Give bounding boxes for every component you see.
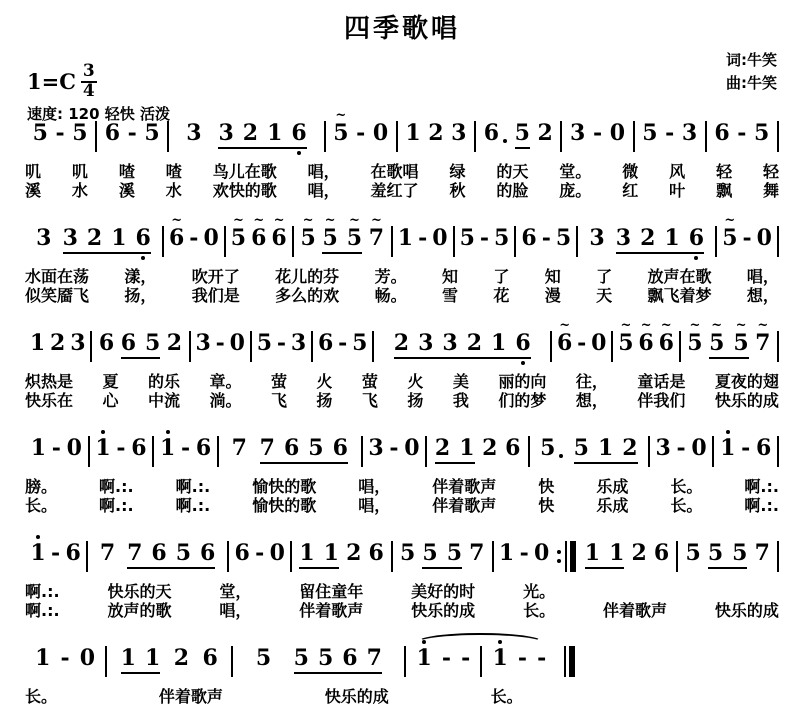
lyric-syllable: 风 — [669, 162, 685, 181]
note: 1 — [145, 646, 160, 671]
note: 2 — [640, 226, 655, 251]
note: 5~ — [333, 121, 348, 146]
rest-note: 0 — [591, 331, 606, 356]
staff-line: 332166~-05~6~6~5~5~5~7~1-05-56-5332165~-… — [25, 226, 779, 305]
lyric-column: 长。 — [25, 687, 57, 706]
note: 3 — [186, 121, 201, 146]
note: 2 — [346, 541, 361, 566]
note: 5~ — [231, 226, 246, 251]
note: 6~ — [169, 226, 184, 251]
note: 6~ — [251, 226, 266, 251]
eighth-note-beam: 3216 — [616, 226, 704, 254]
lyric-syllable: 快乐的成 — [715, 601, 779, 620]
eighth-note-beam: 3216 — [218, 121, 306, 149]
note: 2 — [428, 121, 443, 146]
lyric-syllable: 堂， — [219, 582, 251, 601]
lyric-column: 往，想， — [576, 372, 608, 410]
note: 5~ — [618, 331, 633, 356]
lyric-syllable: 膀。 — [25, 477, 57, 496]
measure: 1-0 — [25, 646, 105, 671]
note: 1 — [598, 436, 613, 461]
lyric-syllable: 啊.:. — [25, 601, 60, 620]
staff-line: 1-01126555671--1--长。伴着歌声快乐的成长。 — [25, 646, 779, 706]
note: 6 — [235, 541, 250, 566]
note: 5 — [145, 331, 160, 356]
lyric-syllable: 的脸 — [496, 181, 528, 200]
rest-note: 0 — [691, 436, 706, 461]
lyric-column: 放声在歌飘飞着梦 — [648, 267, 712, 305]
measure: 5-3 — [635, 121, 705, 146]
lyric-syllable: 水面在荡 — [25, 267, 89, 286]
note: 2 — [622, 436, 637, 461]
staff-line: 1-6776566-0112655571-011265557啊.:.啊.:.快乐… — [25, 541, 779, 620]
duration-dash: - — [418, 226, 427, 251]
lyric-column: 童话是伴我们 — [637, 372, 685, 410]
lyrics-row: 水面在荡似笑靥飞漾，扬，吹开了我们是花儿的芬多么的欢芳。畅。知雪了花知漫了天放声… — [25, 267, 779, 305]
note: 5 — [460, 226, 475, 251]
measure: 3-0 — [191, 331, 250, 356]
staff-line: 1-01-61-6776563-0212655123-01-6膀。长。啊.:.啊… — [25, 436, 779, 515]
measure: 5557 — [678, 541, 777, 569]
eighth-note-beam: 3216 — [63, 226, 151, 254]
lyric-syllable: 轻 — [763, 162, 779, 181]
rest-note: 0 — [80, 646, 95, 671]
hook-mark-icon: ~ — [349, 215, 360, 226]
lyric-syllable: 长。 — [25, 496, 57, 515]
lyric-syllable: 唱， — [358, 496, 390, 515]
hook-mark-icon: ~ — [641, 320, 652, 331]
lyric-syllable: 放声在歌 — [648, 267, 712, 286]
measure: 5~-0 — [326, 121, 396, 146]
lyric-column: 唱，想， — [747, 267, 779, 305]
repeat-dot — [557, 550, 561, 554]
note: 5~ — [687, 331, 702, 356]
note: 5 — [318, 646, 333, 671]
note: 2 — [394, 331, 409, 356]
measure: 5~-0 — [717, 226, 777, 251]
note: 5 — [256, 646, 271, 671]
notes-row: 5-56-5332165~-01236523-05-36-5 — [25, 121, 779, 157]
lyric-syllable: 伴着歌声 — [299, 601, 363, 620]
composer-credit: 曲:牛笑 — [726, 72, 777, 95]
lyric-column: 啊.:.啊.:. — [744, 477, 779, 515]
measure: 2126 — [427, 436, 528, 464]
note: 5~ — [322, 226, 337, 251]
eighth-note-beam: 11 — [121, 646, 161, 674]
lyric-column: 水面在荡似笑靥飞 — [25, 267, 89, 305]
lyric-column: 花儿的芬多么的欢 — [275, 267, 339, 305]
lyric-syllable: 扬 — [407, 391, 423, 410]
lyric-syllable: 伴着歌声 — [159, 687, 223, 706]
note: 5~ — [733, 331, 748, 356]
lyric-column: 火扬 — [316, 372, 332, 410]
lyric-column: 光。长。 — [523, 582, 555, 620]
lyric-syllable: 鸟儿在歌 — [213, 162, 277, 181]
duration-dash: - — [480, 226, 489, 251]
lyric-column: 快乐的成 — [325, 687, 389, 706]
header-meta: 1=C 3 4 词:牛笑 曲:牛笑 速度: 120 轻快 活泼 — [25, 47, 779, 121]
note: 2 — [87, 226, 102, 251]
eighth-note-beam: 65 — [121, 331, 161, 359]
measure: 1-6 — [714, 436, 777, 461]
note: 2 — [538, 121, 553, 146]
octave-dot-below-icon — [521, 361, 525, 365]
rest-note: 0 — [432, 226, 447, 251]
note: 6 — [131, 436, 146, 461]
note: 2 — [243, 121, 258, 146]
lyric-syllable: 雪 — [442, 286, 458, 305]
note: 1 — [30, 331, 45, 356]
lyric-syllable: 往， — [576, 372, 608, 391]
duration-dash: - — [677, 436, 686, 461]
lyric-syllable: 快乐的天 — [107, 582, 171, 601]
hook-mark-icon: ~ — [757, 320, 768, 331]
lyric-syllable: 微 — [622, 162, 638, 181]
lyric-syllable: 堂。 — [559, 162, 591, 181]
note: 7 — [367, 646, 382, 671]
lyric-column: 快乐的天放声的歌 — [107, 582, 171, 620]
lyric-syllable: 飞 — [271, 391, 287, 410]
lyric-column: 唱，唱， — [308, 162, 340, 200]
lyric-syllable: 的天 — [496, 162, 528, 181]
duration-dash: - — [577, 331, 586, 356]
lyrics-row: 炽热是快乐在夏心的乐中流章。淌。萤飞火扬萤飞火扬美我丽的向们的梦往，想，童话是伴… — [25, 372, 779, 410]
lyric-column: 轻舞 — [763, 162, 779, 200]
lyric-syllable: 扬， — [124, 286, 156, 305]
lyric-column: 萤飞 — [271, 372, 287, 410]
lyric-syllable: 羞红了 — [371, 181, 419, 200]
lyric-column: 美好的时快乐的成 — [411, 582, 475, 620]
note: 7~ — [369, 226, 384, 251]
note: 2 — [435, 436, 450, 461]
measure: 652 — [476, 121, 560, 149]
note: 1 — [416, 646, 431, 671]
lyric-column: 啊.:.啊.:. — [25, 582, 60, 620]
measure: 1-0 — [25, 436, 88, 461]
lyric-syllable: 留住童年 — [299, 582, 363, 601]
note: 3 — [418, 331, 433, 356]
lyric-syllable: 花 — [493, 286, 509, 305]
note: 6 — [105, 121, 120, 146]
note: 5 — [33, 121, 48, 146]
hook-mark-icon: ~ — [724, 215, 735, 226]
lyric-syllable: 快乐的成 — [411, 601, 475, 620]
notes-row: 1-01-61-6776563-0212655123-01-6 — [25, 436, 779, 472]
measure: 1-6 — [25, 541, 86, 566]
note: 5 — [176, 541, 191, 566]
lyric-syllable: 畅。 — [375, 286, 407, 305]
measure: 6-5 — [313, 331, 372, 356]
lyric-syllable: 叽 — [25, 162, 41, 181]
duration-dash: - — [128, 121, 137, 146]
lyric-syllable: 美好的时 — [411, 582, 475, 601]
note: 6 — [121, 331, 136, 356]
note: 1 — [95, 436, 110, 461]
lyric-syllable: 知 — [442, 267, 458, 286]
lyric-syllable: 愉快的歌 — [252, 477, 316, 496]
note: 2 — [50, 331, 65, 356]
notes-row: 12366523-05-36-52332166~-05~6~6~5~5~5~7~ — [25, 331, 779, 367]
note: 7 — [755, 541, 770, 566]
lyric-syllable: 想， — [747, 286, 779, 305]
note: 5 — [556, 226, 571, 251]
sheet-music-page: 四季歌唱 1=C 3 4 词:牛笑 曲:牛笑 速度: 120 轻快 活泼 5-5… — [0, 0, 804, 706]
note: 3 — [291, 331, 306, 356]
lyric-syllable: 萤 — [271, 372, 287, 391]
note: 1 — [720, 436, 735, 461]
measure: 1-0 — [494, 541, 555, 566]
note: 6 — [200, 541, 215, 566]
lyric-column: 喳水 — [166, 162, 182, 200]
measure: 5~6~6~ — [613, 331, 678, 356]
rest-note: 0 — [757, 226, 772, 251]
note: 1 — [30, 541, 45, 566]
lyric-syllable: 喳 — [166, 162, 182, 181]
eighth-note-beam: 7656 — [127, 541, 215, 569]
note: 1 — [405, 121, 420, 146]
note: 2 — [467, 331, 482, 356]
lyric-syllable: 多么的欢 — [275, 286, 339, 305]
note: 2 — [631, 541, 646, 566]
note: 7 — [260, 436, 275, 461]
measure: 1126 — [292, 541, 391, 569]
note: 6 — [689, 226, 704, 251]
duration-dash: - — [51, 541, 60, 566]
note: 5 — [294, 646, 309, 671]
hook-mark-icon: ~ — [661, 320, 672, 331]
rest-note: 0 — [534, 541, 549, 566]
note: 1 — [324, 541, 339, 566]
note: 3 — [570, 121, 585, 146]
lyric-column: 快快 — [538, 477, 554, 515]
rest-note: 0 — [230, 331, 245, 356]
lyric-column: 漾，扬， — [124, 267, 156, 305]
lyric-syllable: 轻 — [716, 162, 732, 181]
octave-dot-above-icon — [166, 430, 170, 434]
duration-dash: - — [216, 331, 225, 356]
lyric-syllable: 叽 — [72, 162, 88, 181]
key-signature: 1=C 3 4 — [27, 63, 97, 101]
duration-dash: - — [52, 436, 61, 461]
eighth-note-beam: 11 — [299, 541, 339, 569]
rest-note: 0 — [67, 436, 82, 461]
staff-line: 5-56-5332165~-01236523-05-36-5叽溪叽水喳溪喳水鸟儿… — [25, 121, 779, 200]
final-barline — [564, 646, 575, 677]
octave-dot-below-icon — [694, 256, 698, 260]
hook-mark-icon: ~ — [689, 320, 700, 331]
lyric-syllable: 唱， — [358, 477, 390, 496]
note: 1 — [267, 121, 282, 146]
note: 6 — [291, 121, 306, 146]
hook-mark-icon: ~ — [325, 215, 336, 226]
lyric-syllable: 心 — [102, 391, 118, 410]
lyric-syllable: 淌。 — [209, 391, 241, 410]
lyric-syllable: 乐成 — [596, 477, 628, 496]
note: 1 — [31, 436, 46, 461]
note: 3 — [368, 436, 383, 461]
lyric-column: 长。 — [491, 687, 523, 706]
duration-dash: - — [520, 541, 529, 566]
lyric-syllable: 我们是 — [192, 286, 240, 305]
repeat-thick-bar — [570, 541, 576, 572]
tie-arc-icon — [416, 633, 544, 652]
measure: 77656 — [88, 541, 227, 569]
measure: 3-0 — [562, 121, 632, 146]
duration-dash: - — [737, 121, 746, 146]
note: 5 — [144, 121, 159, 146]
lyric-column: 风叶 — [669, 162, 685, 200]
note: 6 — [196, 436, 211, 461]
note: 6 — [342, 646, 357, 671]
measure: 5~5~5~7~ — [681, 331, 777, 359]
note: 6 — [284, 436, 299, 461]
lyric-syllable: 叶 — [669, 181, 685, 200]
lyric-syllable: 啊.:. — [176, 477, 211, 496]
note: 2 — [167, 331, 182, 356]
octave-dot-above-icon — [726, 430, 730, 434]
staff-line: 12366523-05-36-52332166~-05~6~6~5~5~5~7~… — [25, 331, 779, 410]
hook-mark-icon: ~ — [171, 215, 182, 226]
duration-dash: - — [741, 436, 750, 461]
note: 6 — [65, 541, 80, 566]
lyric-syllable: 飘飞着梦 — [648, 286, 712, 305]
measure: 33216 — [169, 121, 323, 149]
lyric-syllable: 长。 — [670, 496, 702, 515]
lyric-syllable: 夏 — [102, 372, 118, 391]
lyric-column: 火扬 — [407, 372, 423, 410]
lyric-column: 微红 — [622, 162, 638, 200]
measure: 3-0 — [363, 436, 426, 461]
lyric-column: 膀。长。 — [25, 477, 57, 515]
lyric-column: 知雪 — [442, 267, 458, 305]
notes-row: 1-01126555671--1-- — [25, 646, 575, 682]
lyric-syllable: 芳。 — [375, 267, 407, 286]
note: 5 — [685, 541, 700, 566]
note: 6~ — [638, 331, 653, 356]
note: 6 — [654, 541, 669, 566]
note: 5 — [400, 541, 415, 566]
lyric-syllable: 们的梦 — [498, 391, 546, 410]
measure: 33216 — [25, 226, 162, 254]
lyric-column: 芳。畅。 — [375, 267, 407, 305]
lyric-column: 啊.:.啊.:. — [176, 477, 211, 515]
lyrics-row: 膀。长。啊.:.啊.:.啊.:.啊.:.愉快的歌愉快的歌唱，唱，伴着歌声伴着歌声… — [25, 477, 779, 515]
note: 7~ — [755, 331, 770, 356]
rest-note: 0 — [270, 541, 285, 566]
note: 5 — [540, 436, 563, 461]
lyric-syllable: 秋 — [449, 181, 465, 200]
rest-note: 0 — [373, 121, 388, 146]
lyric-column: 乐成乐成 — [596, 477, 628, 515]
note: 7 — [469, 541, 484, 566]
note: 1 — [499, 541, 514, 566]
lyric-syllable: 水 — [72, 181, 88, 200]
lyric-syllable: 庞。 — [559, 181, 591, 200]
time-signature-numerator: 3 — [83, 63, 95, 81]
lyric-column: 美我 — [453, 372, 469, 410]
augmentation-dot-icon — [503, 139, 507, 143]
lyric-syllable: 我 — [453, 391, 469, 410]
lyric-syllable: 光。 — [523, 582, 555, 601]
lyric-syllable: 长。 — [25, 687, 57, 706]
eighth-note-beam: 55 — [708, 541, 748, 569]
note: 6 — [484, 121, 507, 146]
lyric-column: 啊.:.啊.:. — [99, 477, 134, 515]
note: 1 — [299, 541, 314, 566]
lyric-syllable: 丽的向 — [498, 372, 546, 391]
lyrics-row: 长。伴着歌声快乐的成长。 — [25, 687, 523, 706]
note: 5 — [422, 541, 437, 566]
lyric-column: 叽水 — [72, 162, 88, 200]
lyric-syllable: 了 — [493, 267, 509, 286]
lyric-syllable: 长。 — [491, 687, 523, 706]
note: 1 — [160, 436, 175, 461]
lyric-syllable: 伴我们 — [637, 391, 685, 410]
lyric-column: 叽溪 — [25, 162, 41, 200]
final-thick-bar — [569, 646, 575, 677]
note: 2 — [174, 646, 189, 671]
hook-mark-icon: ~ — [303, 215, 314, 226]
duration-dash: - — [116, 436, 125, 461]
lyric-syllable: 漾， — [124, 267, 156, 286]
note: 5 — [352, 331, 367, 356]
final-thin-bar — [564, 646, 566, 677]
lyric-syllable: 啊.:. — [99, 477, 134, 496]
note: 1 — [664, 226, 679, 251]
measure: 1-6 — [154, 436, 217, 461]
note: 1 — [121, 646, 136, 671]
lyric-syllable: 中流 — [148, 391, 180, 410]
note: 6 — [515, 331, 530, 356]
note: 6 — [99, 331, 114, 356]
note: 1 — [491, 331, 506, 356]
note: 3 — [682, 121, 697, 146]
note: 1 — [111, 226, 126, 251]
octave-dot-below-icon — [297, 151, 301, 155]
lyric-column: 的天的脸 — [496, 162, 528, 200]
note: 5~ — [709, 331, 724, 356]
lyric-syllable: 似笑靥飞 — [25, 286, 89, 305]
rest-note: 0 — [610, 121, 625, 146]
lyric-syllable: 唱， — [308, 162, 340, 181]
eighth-note-beam: 5~5~ — [709, 331, 749, 359]
measure: 55567 — [233, 646, 404, 674]
lyric-syllable: 啊.:. — [99, 496, 134, 515]
measure: 6~-0 — [164, 226, 224, 251]
lyric-syllable: 舞 — [763, 181, 779, 200]
lyric-syllable: 章。 — [209, 372, 241, 391]
lyric-column: 丽的向们的梦 — [498, 372, 546, 410]
duration-dash: - — [665, 121, 674, 146]
eighth-note-beam: 21 — [435, 436, 475, 464]
measure: 3-0 — [650, 436, 713, 461]
note: 6 — [714, 121, 729, 146]
eighth-note-beam: 55 — [422, 541, 462, 569]
note: 6~ — [659, 331, 674, 356]
notes-row: 332166~-05~6~6~5~5~5~7~1-05-56-5332165~-… — [25, 226, 779, 262]
lyric-syllable: 萤 — [362, 372, 378, 391]
note: 3 — [70, 331, 85, 356]
note: 6 — [136, 226, 151, 251]
eighth-note-beam: 5 — [515, 121, 530, 149]
eighth-note-beam: 11 — [585, 541, 625, 569]
measure: 5~5~5~7~ — [294, 226, 391, 254]
lyrics-row: 啊.:.啊.:.快乐的天放声的歌堂，唱，留住童年伴着歌声美好的时快乐的成光。长。… — [25, 582, 779, 620]
lyric-syllable: 想， — [576, 391, 608, 410]
lyric-column: 炽热是快乐在 — [25, 372, 73, 410]
note: 7 — [232, 436, 247, 461]
measure: 6652 — [92, 331, 188, 359]
